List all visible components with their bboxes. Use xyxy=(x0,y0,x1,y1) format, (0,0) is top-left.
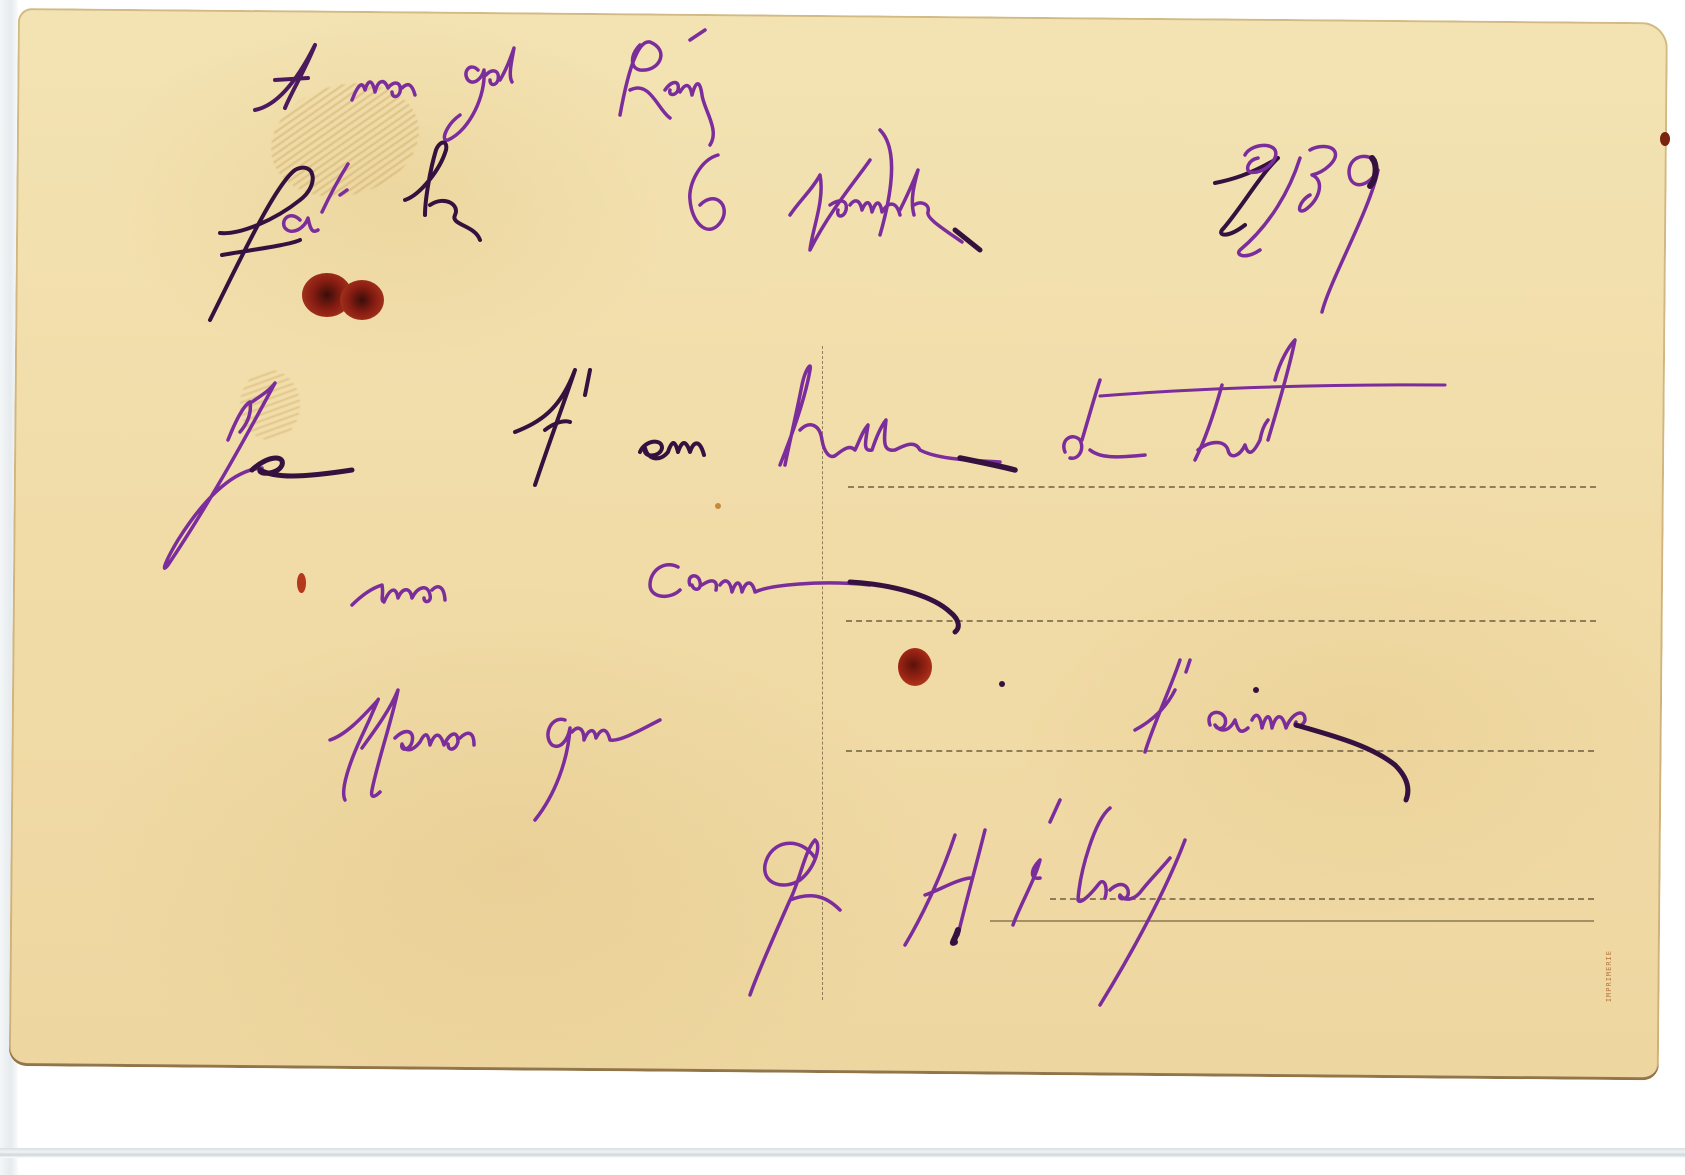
line-maman-qui-taime xyxy=(330,660,1408,820)
line-date xyxy=(210,130,1378,320)
line-je-tembrasse xyxy=(164,340,1445,568)
line-a-mon-gars-rene xyxy=(255,30,713,145)
line-mon-coeur xyxy=(352,565,958,632)
signature-g-hebert xyxy=(750,800,1185,1005)
handwriting-layer xyxy=(0,0,1685,1175)
